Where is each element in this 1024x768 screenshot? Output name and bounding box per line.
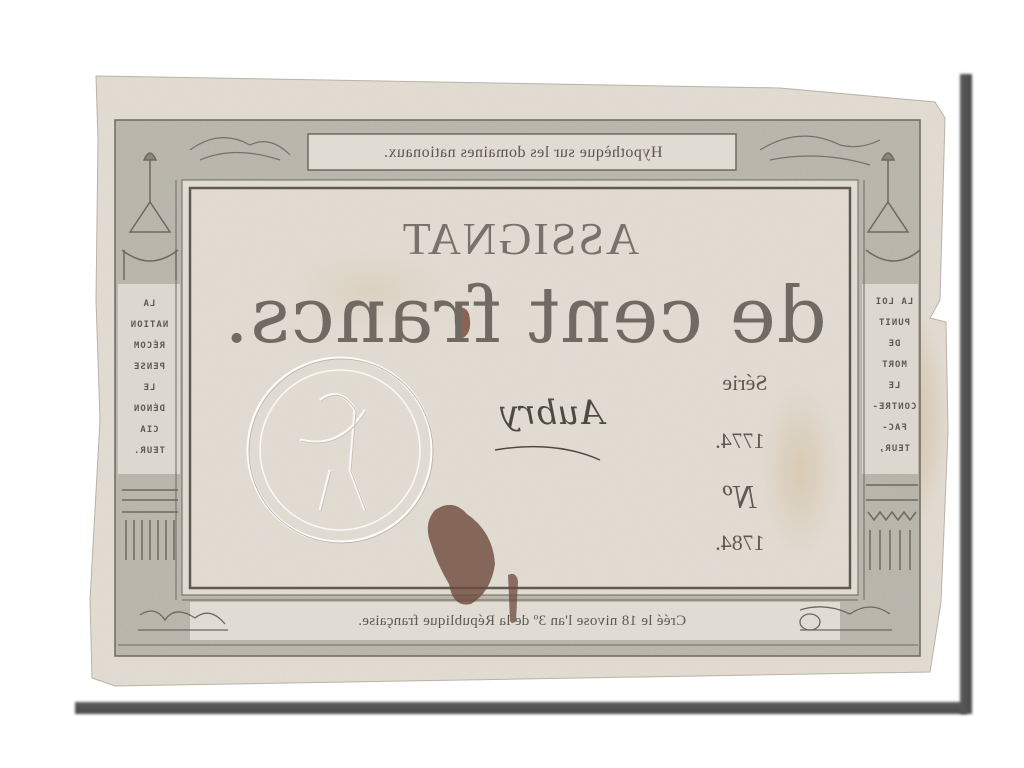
assignat-banknote: Hypothèque sur les domaines nationaux. A… bbox=[0, 0, 1024, 768]
left-line: DÉNON bbox=[118, 399, 180, 420]
right-line: LE bbox=[866, 376, 922, 397]
left-line: TEUR. bbox=[118, 441, 180, 462]
right-line: TEUR, bbox=[866, 439, 922, 460]
left-line: LA bbox=[118, 294, 180, 315]
right-line: LA LOI bbox=[866, 292, 922, 313]
signature: Aubry bbox=[492, 388, 612, 438]
left-line: PENSE bbox=[118, 357, 180, 378]
serie-label: Série bbox=[700, 370, 790, 396]
left-line: NATION bbox=[118, 315, 180, 336]
right-line: FAC- bbox=[866, 418, 922, 439]
title-assignat: ASSIGNAT bbox=[350, 214, 690, 264]
denomination-text: de cent francs. bbox=[200, 276, 850, 356]
top-banner-text: Hypothèque sur les domaines nationaux. bbox=[318, 141, 728, 165]
note-number: 1784. bbox=[700, 530, 780, 556]
number-label: Nº bbox=[705, 478, 775, 518]
right-line: MORT bbox=[866, 355, 922, 376]
bottom-banner-text: Créé le 18 nivose l'an 3º de la Républiq… bbox=[262, 610, 782, 632]
right-line: PUNIT bbox=[866, 313, 922, 334]
left-column-text: LA NATION RÉCOM PENSE LE DÉNON CIA TEUR. bbox=[118, 294, 180, 462]
left-line: RÉCOM bbox=[118, 336, 180, 357]
right-line: DE bbox=[866, 334, 922, 355]
left-line: LE bbox=[118, 378, 180, 399]
right-column-text: LA LOI PUNIT DE MORT LE CONTRE- FAC- TEU… bbox=[866, 292, 922, 460]
left-line: CIA bbox=[118, 420, 180, 441]
serie-number: 1774. bbox=[700, 428, 780, 454]
photo-stage: Hypothèque sur les domaines nationaux. A… bbox=[0, 0, 1024, 768]
right-line: CONTRE- bbox=[866, 397, 922, 418]
